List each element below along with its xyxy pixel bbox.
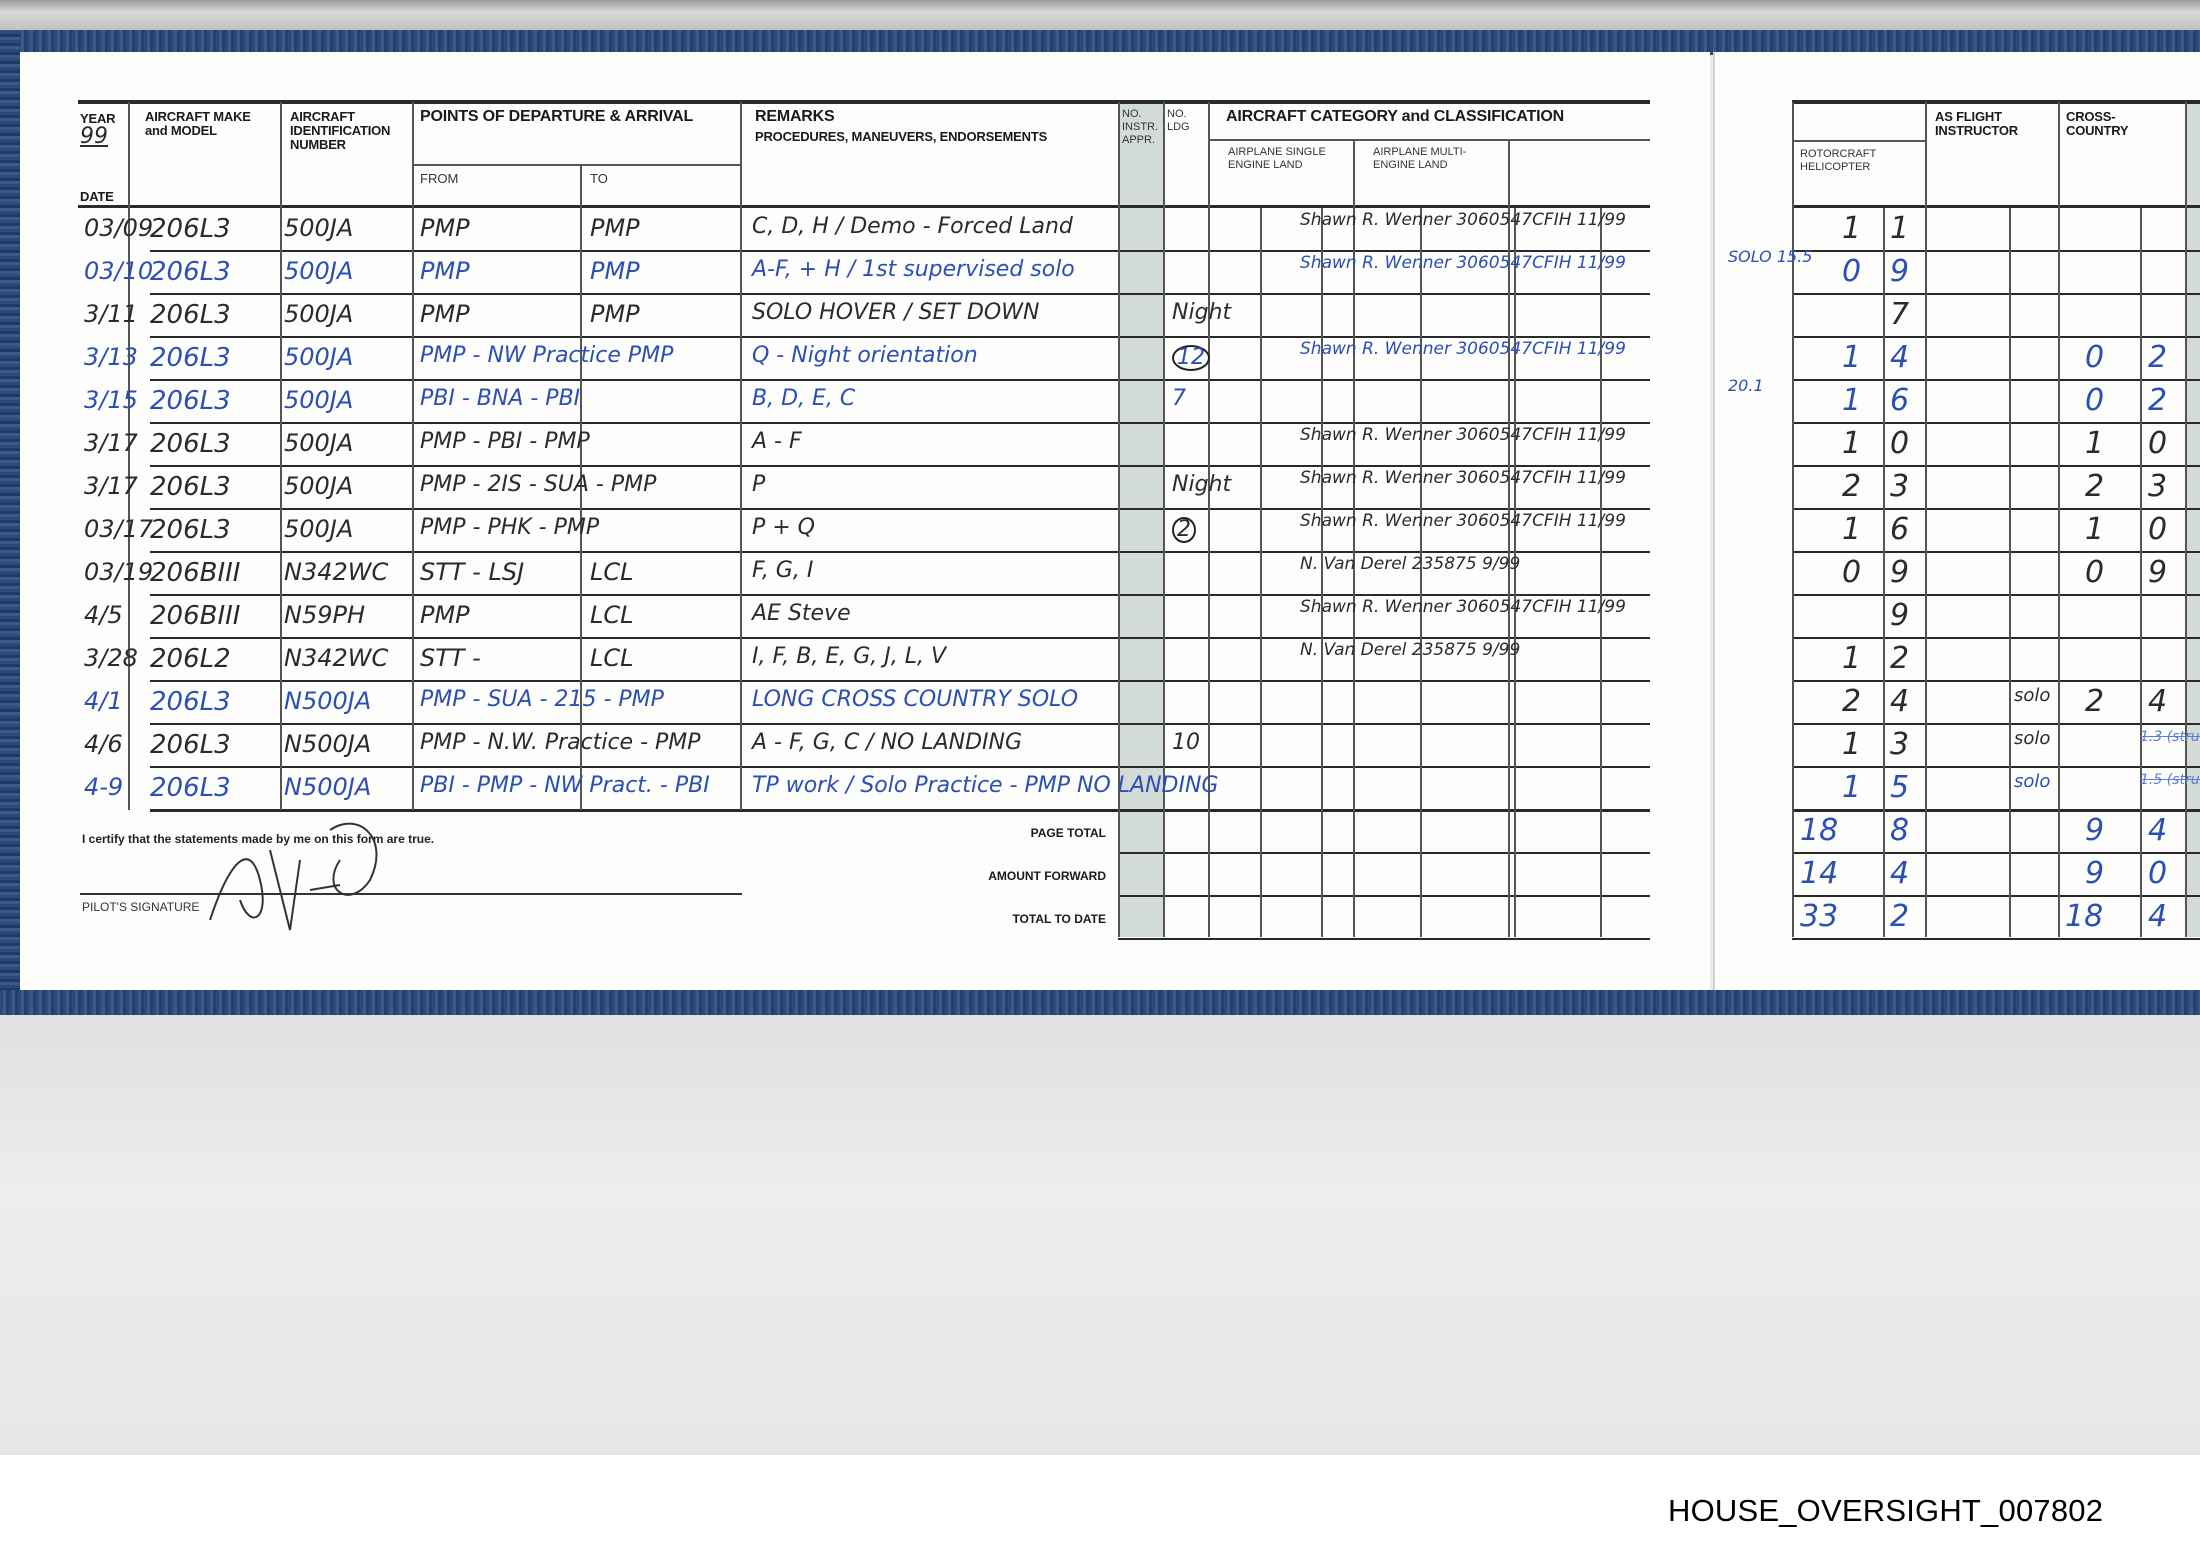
entry-to: PMP [590, 216, 640, 240]
entry-to: LCL [590, 646, 634, 670]
aircraft-id-header: AIRCRAFT IDENTIFICATION NUMBER [290, 110, 405, 152]
logbook-cover-left [0, 30, 20, 1015]
heli-hours: 1 [1842, 644, 1861, 674]
entry-date: 3/17 [84, 431, 138, 455]
row-rule [150, 680, 1650, 682]
row-rule [1118, 895, 1650, 897]
xc-tenths: 0 [2148, 429, 2167, 459]
heli-tenths: 9 [1890, 257, 1909, 287]
row-rule [150, 422, 1650, 424]
xc-tenths: 4 [2148, 687, 2167, 717]
pilot-signature-label: PILOT'S SIGNATURE [82, 900, 199, 914]
row-rule [1792, 250, 2200, 252]
entry-remarks: AE Steve [752, 603, 851, 625]
row-rule [1792, 723, 2200, 725]
right-header-bottom-rule [1792, 205, 2200, 208]
to-header: TO [590, 172, 608, 185]
heli-tenths: 3 [1890, 730, 1909, 760]
cross-country-header: CROSS- COUNTRY [2066, 110, 2166, 138]
entry-aircraft-model: 206L3 [150, 689, 231, 715]
row-rule [150, 508, 1650, 510]
heli-hours: 1 [1842, 343, 1861, 373]
scanner-edge [0, 0, 2200, 30]
entry-date: 3/28 [84, 646, 138, 670]
xc-hours: 0 [2085, 386, 2104, 416]
entry-instructor-endorsement: Shawn R. Wenner 3060547CFIH 11/99 [1300, 212, 1626, 229]
column-line [2140, 208, 2142, 937]
heli-hours: 2 [1842, 687, 1861, 717]
entry-date: 4/1 [84, 689, 123, 713]
entry-from: STT - LSJ [420, 560, 524, 584]
column-line [2058, 102, 2060, 937]
column-line [1792, 102, 1794, 937]
header-top-rule [78, 100, 1650, 104]
entry-instructor-endorsement: Shawn R. Wenner 3060547CFIH 11/99 [1300, 341, 1626, 358]
entry-aircraft-model: 206L3 [150, 216, 231, 242]
category-header: AIRCRAFT CATEGORY and CLASSIFICATION [1226, 108, 1564, 126]
row-rule [150, 379, 1650, 381]
xc-tenths: 4 [2148, 816, 2167, 846]
entry-remarks: C, D, H / Demo - Forced Land [752, 216, 1073, 238]
entry-from: PBI - BNA - PBI [420, 388, 580, 410]
entry-landings: 7 [1172, 388, 1186, 410]
row-rule [1792, 594, 2200, 596]
heli-hours: 18 [1800, 816, 1838, 846]
entry-instructor-endorsement: Shawn R. Wenner 3060547CFIH 11/99 [1300, 427, 1626, 444]
margin-note: 20.1 [1728, 378, 1764, 394]
heli-tenths: 5 [1890, 773, 1909, 803]
date-header: DATE [80, 190, 114, 204]
column-line [1600, 208, 1602, 937]
heli-tenths: 8 [1890, 816, 1909, 846]
heli-tenths: 9 [1890, 558, 1909, 588]
entry-landings: 10 [1172, 732, 1200, 754]
row-rule [150, 293, 1650, 295]
entry-to: LCL [590, 603, 634, 627]
column-line [2185, 102, 2187, 937]
year-value: 99 [80, 126, 108, 148]
entry-aircraft-ident: N500JA [284, 732, 371, 756]
xc-hours: 18 [2065, 902, 2103, 932]
row-rule [150, 250, 1650, 252]
row-rule [1118, 938, 1650, 940]
bates-number: HOUSE_OVERSIGHT_007802 [1668, 1493, 2103, 1529]
entry-remarks: A - F [752, 431, 802, 453]
xc-hours: 1 [2085, 515, 2104, 545]
xc-tenths: 3 [2148, 472, 2167, 502]
heli-tenths: 3 [1890, 472, 1909, 502]
entry-remarks: SOLO HOVER / SET DOWN [752, 302, 1039, 324]
row-rule [150, 336, 1650, 338]
entry-aircraft-ident: 500JA [284, 517, 353, 541]
entry-landings: 12 [1172, 345, 1210, 371]
entry-from: PMP - N.W. Practice - PMP [420, 732, 701, 754]
heli-tenths: 2 [1890, 644, 1909, 674]
amel-header: AIRPLANE MULTI-ENGINE LAND [1373, 146, 1503, 172]
row-rule [1792, 379, 2200, 381]
from-to-divider [412, 164, 742, 166]
amount-forward-label: AMOUNT FORWARD [880, 869, 1106, 883]
xc-tenths: 2 [2148, 386, 2167, 416]
entry-aircraft-ident: 500JA [284, 259, 353, 283]
row-rule [1792, 938, 2200, 940]
entry-from: PMP - NW Practice PMP [420, 345, 673, 367]
entry-aircraft-model: 206L3 [150, 431, 231, 457]
solo-note: solo [2014, 773, 2050, 791]
entry-aircraft-ident: 500JA [284, 474, 353, 498]
heli-tenths: 1 [1890, 214, 1909, 244]
column-line [1118, 102, 1120, 937]
xc-hours: 2 [2085, 472, 2104, 502]
entry-remarks: TP work / Solo Practice - PMP NO LANDING [752, 775, 1218, 797]
entry-remarks: I, F, B, E, G, J, L, V [752, 646, 946, 668]
entry-from: PMP [420, 216, 470, 240]
entry-aircraft-model: 206L3 [150, 474, 231, 500]
xc-tenths: 9 [2148, 558, 2167, 588]
entry-remarks: P + Q [752, 517, 815, 539]
entry-instructor-endorsement: Shawn R. Wenner 3060547CFIH 11/99 [1300, 470, 1626, 487]
logbook-cover-bottom [0, 990, 2200, 1015]
entry-aircraft-ident: 500JA [284, 431, 353, 455]
heli-tenths: 6 [1890, 386, 1909, 416]
rotorcraft-header: ROTORCRAFT HELICOPTER [1800, 148, 1900, 174]
entry-landings: Night [1172, 302, 1231, 324]
entry-date: 03/09 [84, 216, 153, 240]
row-rule [150, 723, 1650, 725]
entry-from: PMP - PBI - PMP [420, 431, 590, 453]
column-line [2009, 208, 2011, 937]
heli-tenths: 0 [1890, 429, 1909, 459]
aircraft-make-model-header: AIRCRAFT MAKE and MODEL [145, 110, 275, 138]
entry-date: 3/11 [84, 302, 138, 326]
entry-instructor-endorsement: Shawn R. Wenner 3060547CFIH 11/99 [1300, 599, 1626, 616]
heli-hours: 33 [1800, 902, 1838, 932]
remarks-subheader: PROCEDURES, MANEUVERS, ENDORSEMENTS [755, 130, 1047, 144]
entry-instructor-endorsement: N. Van Derel 235875 9/99 [1300, 556, 1520, 573]
entry-aircraft-ident: N500JA [284, 689, 371, 713]
xc-tenths: 1.3 (struck) [2140, 730, 2200, 744]
entry-remarks: F, G, I [752, 560, 813, 582]
entry-remarks: P [752, 474, 765, 496]
entry-aircraft-model: 206BIII [150, 560, 240, 586]
margin-note: SOLO 15.5 [1728, 249, 1812, 265]
entry-date: 4/5 [84, 603, 123, 627]
entry-from: PMP - SUA - 215 - PMP [420, 689, 664, 711]
row-rule [150, 594, 1650, 596]
instr-appr-header: NO. INSTR. APPR. [1122, 108, 1162, 147]
entry-instructor-endorsement: Shawn R. Wenner 3060547CFIH 11/99 [1300, 255, 1626, 272]
entry-remarks: A - F, G, C / NO LANDING [752, 732, 1022, 754]
row-rule [1792, 680, 2200, 682]
heli-hours: 0 [1842, 257, 1861, 287]
entry-from: PMP - 2IS - SUA - PMP [420, 474, 656, 496]
xc-tenths: 0 [2148, 515, 2167, 545]
entry-from: PBI - PMP - NW Pract. - PBI [420, 775, 710, 797]
right-header-top-rule [1792, 100, 2200, 104]
entry-remarks: LONG CROSS COUNTRY SOLO [752, 689, 1078, 711]
heli-hours: 1 [1842, 773, 1861, 803]
entry-landings: 2 [1172, 517, 1196, 543]
entry-instructor-endorsement: Shawn R. Wenner 3060547CFIH 11/99 [1300, 513, 1626, 530]
column-line [1163, 102, 1165, 937]
entry-to: PMP [590, 302, 640, 326]
logbook-right-page [1713, 52, 2200, 990]
entry-date: 3/13 [84, 345, 138, 369]
entry-from: STT - [420, 646, 481, 670]
row-rule [1792, 508, 2200, 510]
solo-note: solo [2014, 730, 2050, 748]
entry-aircraft-ident: N59PH [284, 603, 365, 627]
entry-date: 3/17 [84, 474, 138, 498]
row-rule [1792, 637, 2200, 639]
xc-hours: 0 [2085, 343, 2104, 373]
entry-aircraft-ident: 500JA [284, 216, 353, 240]
remarks-header: REMARKS [755, 108, 835, 126]
solo-note: solo [2014, 687, 2050, 705]
heli-hours: 1 [1842, 429, 1861, 459]
entry-aircraft-ident: N342WC [284, 646, 388, 670]
entry-aircraft-ident: 500JA [284, 302, 353, 326]
heli-tenths: 4 [1890, 687, 1909, 717]
entry-date: 03/19 [84, 560, 153, 584]
row-rule [1792, 551, 2200, 553]
heli-tenths: 7 [1890, 300, 1909, 330]
entry-to: LCL [590, 560, 634, 584]
heli-hours: 1 [1842, 214, 1861, 244]
row-rule [150, 637, 1650, 639]
entry-from: PMP - PHK - PMP [420, 517, 599, 539]
row-rule [1118, 852, 1650, 854]
heli-tenths: 2 [1890, 902, 1909, 932]
row-rule [1792, 852, 2200, 854]
row-rule [1792, 895, 2200, 897]
pilot-signature-scribble [190, 800, 430, 940]
row-rule [1792, 336, 2200, 338]
heli-tenths: 9 [1890, 601, 1909, 631]
entry-remarks: Q - Night orientation [752, 345, 978, 367]
entry-remarks: B, D, E, C [752, 388, 855, 410]
flight-instructor-header: AS FLIGHT INSTRUCTOR [1935, 110, 2045, 138]
column-line [1208, 102, 1210, 937]
xc-hours: 1 [2085, 429, 2104, 459]
entry-aircraft-model: 206L2 [150, 646, 231, 672]
category-divider [1208, 139, 1650, 141]
entry-to: PMP [590, 259, 640, 283]
column-line [280, 102, 282, 810]
row-rule [150, 766, 1650, 768]
entry-aircraft-ident: 500JA [284, 388, 353, 412]
xc-hours: 0 [2085, 558, 2104, 588]
entry-aircraft-ident: N342WC [284, 560, 388, 584]
entry-date: 03/10 [84, 259, 153, 283]
heli-hours: 14 [1800, 859, 1838, 889]
entry-from: PMP [420, 259, 470, 283]
header-bottom-rule [78, 205, 1650, 208]
xc-tenths: 2 [2148, 343, 2167, 373]
scanner-bed [0, 1015, 2200, 1455]
column-line [1883, 208, 1885, 937]
entry-aircraft-model: 206L3 [150, 517, 231, 543]
row-rule [1792, 766, 2200, 768]
landings-header: NO. LDG [1167, 108, 1205, 134]
entry-date: 03/17 [84, 517, 153, 541]
heli-hours: 2 [1842, 472, 1861, 502]
entry-from: PMP [420, 302, 470, 326]
heli-hours: 1 [1842, 730, 1861, 760]
xc-hours: 2 [2085, 687, 2104, 717]
entry-aircraft-model: 206L3 [150, 732, 231, 758]
entry-date: 4/6 [84, 732, 123, 756]
row-rule [1792, 809, 2200, 812]
entry-aircraft-model: 206L3 [150, 302, 231, 328]
total-to-date-label: TOTAL TO DATE [880, 912, 1106, 926]
column-line [1260, 208, 1262, 937]
column-line [1925, 102, 1927, 937]
row-rule [150, 465, 1650, 467]
from-header: FROM [420, 172, 458, 185]
right-header-divider [1792, 140, 1925, 142]
entry-aircraft-ident: N500JA [284, 775, 371, 799]
page-total-label: PAGE TOTAL [880, 826, 1106, 840]
entry-landings: Night [1172, 474, 1231, 496]
heli-hours: 0 [1842, 558, 1861, 588]
xc-tenths: 1.5 (struck) [2140, 773, 2200, 787]
column-line [740, 102, 742, 810]
heli-tenths: 6 [1890, 515, 1909, 545]
xc-tenths: 4 [2148, 902, 2167, 932]
xc-hours: 9 [2085, 816, 2104, 846]
entry-date: 4-9 [84, 775, 123, 799]
xc-hours: 9 [2085, 859, 2104, 889]
xc-tenths: 0 [2148, 859, 2167, 889]
asel-header: AIRPLANE SINGLE ENGINE LAND [1228, 146, 1358, 172]
entry-remarks: A-F, + H / 1st supervised solo [752, 259, 1075, 281]
entry-aircraft-model: 206L3 [150, 775, 231, 801]
entry-aircraft-model: 206L3 [150, 388, 231, 414]
heli-hours: 1 [1842, 386, 1861, 416]
entry-aircraft-ident: 500JA [284, 345, 353, 369]
row-rule [1792, 422, 2200, 424]
entry-aircraft-model: 206BIII [150, 603, 240, 629]
heli-hours: 1 [1842, 515, 1861, 545]
entry-aircraft-model: 206L3 [150, 259, 231, 285]
row-rule [150, 551, 1650, 553]
entry-instructor-endorsement: N. Van Derel 235875 9/99 [1300, 642, 1520, 659]
points-header: POINTS OF DEPARTURE & ARRIVAL [420, 108, 693, 126]
entry-date: 3/15 [84, 388, 138, 412]
column-line [412, 102, 414, 810]
row-rule [1792, 465, 2200, 467]
entry-aircraft-model: 206L3 [150, 345, 231, 371]
heli-tenths: 4 [1890, 343, 1909, 373]
row-rule [1792, 293, 2200, 295]
entry-from: PMP [420, 603, 470, 627]
heli-tenths: 4 [1890, 859, 1909, 889]
